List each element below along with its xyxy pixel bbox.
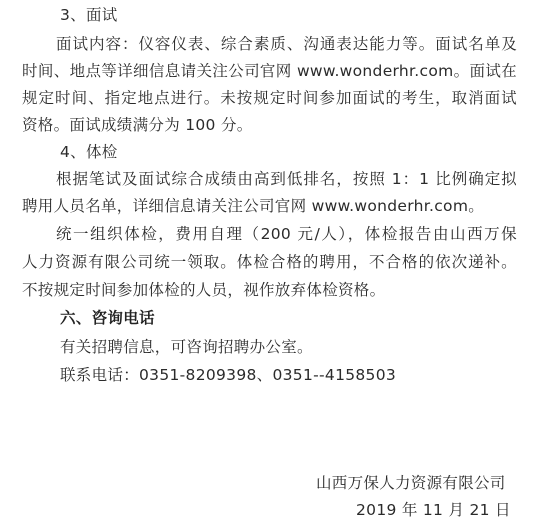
interview-text-line: 时间、地点等详细信息请关注公司官网 www.wonderhr.com。面试在 (22, 58, 517, 85)
signature-date: 2019 年 11 月 21 日 (356, 497, 511, 524)
interview-text-line: 面试内容：仪容仪表、综合素质、沟通表达能力等。面试名单及 (56, 31, 517, 58)
contact-info-text: 有关招聘信息，可咨询招聘办公室。 (60, 334, 313, 361)
document-page: 3、面试 面试内容：仪容仪表、综合素质、沟通表达能力等。面试名单及 时间、地点等… (0, 0, 542, 526)
contact-phone-text: 联系电话：0351-8209398、0351--4158503 (60, 362, 396, 389)
signature-company: 山西万保人力资源有限公司 (316, 470, 506, 497)
physical-text-line: 统一组织体检，费用自理（200 元/人），体检报告由山西万保 (56, 221, 517, 248)
physical-text-line: 根据笔试及面试综合成绩由高到低排名，按照 1：1 比例确定拟 (56, 166, 517, 193)
interview-text-line: 资格。面试成绩满分为 100 分。 (22, 112, 517, 139)
section-heading-interview: 3、面试 (60, 2, 118, 29)
physical-text-line: 人力资源有限公司统一领取。体检合格的聘用，不合格的依次递补。 (22, 249, 517, 276)
section-heading-contact: 六、咨询电话 (60, 305, 155, 332)
physical-text-line: 不按规定时间参加体检的人员，视作放弃体检资格。 (22, 277, 517, 304)
section-heading-physical: 4、体检 (60, 139, 118, 166)
interview-text-line: 规定时间、指定地点进行。未按规定时间参加面试的考生，取消面试 (22, 85, 517, 112)
physical-text-line: 聘用人员名单，详细信息请关注公司官网 www.wonderhr.com。 (22, 193, 517, 220)
